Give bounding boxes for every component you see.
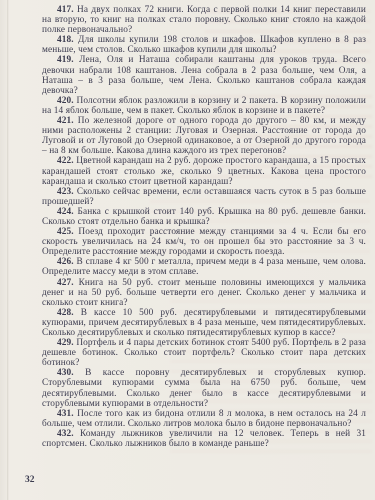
page-number: 32 — [25, 475, 35, 485]
problem-text: Для школы купили 198 столов и шкафов. Шк… — [42, 35, 366, 55]
problem: 423. Сколько сейчас времени, если оставш… — [42, 187, 366, 207]
problem-text: На двух полках 72 книги. Когда с первой … — [42, 5, 366, 35]
problem-text: По железной дороге от одного города до д… — [42, 116, 366, 156]
problem-number: 427. — [57, 278, 74, 288]
problem-number: 424. — [57, 207, 74, 217]
problem-text: Команду лыжников увеличили на 12 человек… — [42, 429, 366, 449]
problem: 424. Банка с крышкой стоит 140 руб. Крыш… — [42, 207, 366, 227]
problem: 432. Команду лыжников увеличили на 12 че… — [42, 429, 366, 449]
problem-number: 425. — [57, 227, 74, 237]
problem: 422. Цветной карандаш на 2 руб. дороже п… — [42, 156, 366, 186]
problem-number: 430. — [57, 368, 74, 378]
problem-text: Поезд проходит расстояние между станциям… — [42, 227, 366, 257]
problem-text: В кассе 10 500 руб. десятирублевыми и пя… — [42, 308, 366, 338]
problem-number: 423. — [57, 187, 74, 197]
scan-edge-shadow — [7, 0, 9, 500]
problem: 418. Для школы купили 198 столов и шкафо… — [42, 35, 366, 55]
problem-text: Банка с крышкой стоит 140 руб. Крышка на… — [42, 207, 366, 227]
problem: 426. В сплаве 4 кг 500 г металла, причем… — [42, 257, 366, 277]
problem-number: 428. — [57, 308, 74, 318]
problem-text: Лена, Оля и Наташа собирали каштаны для … — [42, 55, 366, 95]
problem-text: Полсотни яблок разложили в корзину и 2 п… — [42, 96, 366, 116]
problem: 417. На двух полках 72 книги. Когда с пе… — [42, 5, 366, 35]
problem-number: 420. — [57, 96, 74, 106]
problem: 430. В кассе поровну десятирублевых и ст… — [42, 368, 366, 408]
problems-list: 417. На двух полках 72 книги. Когда с пе… — [42, 5, 366, 449]
problem: 420. Полсотни яблок разложили в корзину … — [42, 96, 366, 116]
problem-number: 432. — [57, 429, 74, 439]
problem-number: 419. — [57, 55, 74, 65]
problem-number: 418. — [57, 35, 74, 45]
problem: 429. Портфель и 4 пары детских ботинок с… — [42, 338, 366, 368]
problem-text: Цветной карандаш на 2 руб. дороже просто… — [42, 156, 366, 186]
problem-number: 426. — [57, 257, 74, 267]
problem-number: 431. — [57, 409, 74, 419]
textbook-page: 417. На двух полках 72 книги. Когда с пе… — [0, 0, 375, 500]
problem-number: 429. — [57, 338, 74, 348]
problem-number: 421. — [57, 116, 74, 126]
problem: 431. После того как из бидона отлили 8 л… — [42, 409, 366, 429]
problem: 419. Лена, Оля и Наташа собирали каштаны… — [42, 55, 366, 95]
problem-text: Портфель и 4 пары детских ботинок стоят … — [42, 338, 366, 368]
problem-number: 422. — [57, 156, 74, 166]
problem-text: После того как из бидона отлили 8 л моло… — [42, 409, 366, 429]
problem-text: Книга на 50 руб. стоит меньше половины и… — [42, 278, 366, 308]
problem: 428. В кассе 10 500 руб. десятирублевыми… — [42, 308, 366, 338]
problem-number: 417. — [57, 5, 74, 15]
problem-text: В сплаве 4 кг 500 г металла, причем меди… — [42, 257, 366, 277]
problem-text: Сколько сейчас времени, если оставшаяся … — [42, 187, 366, 207]
problem-text: В кассе поровну десятирублевых и сторубл… — [42, 368, 366, 408]
problem: 427. Книга на 50 руб. стоит меньше полов… — [42, 278, 366, 308]
problem: 425. Поезд проходит расстояние между ста… — [42, 227, 366, 257]
problem: 421. По железной дороге от одного города… — [42, 116, 366, 156]
